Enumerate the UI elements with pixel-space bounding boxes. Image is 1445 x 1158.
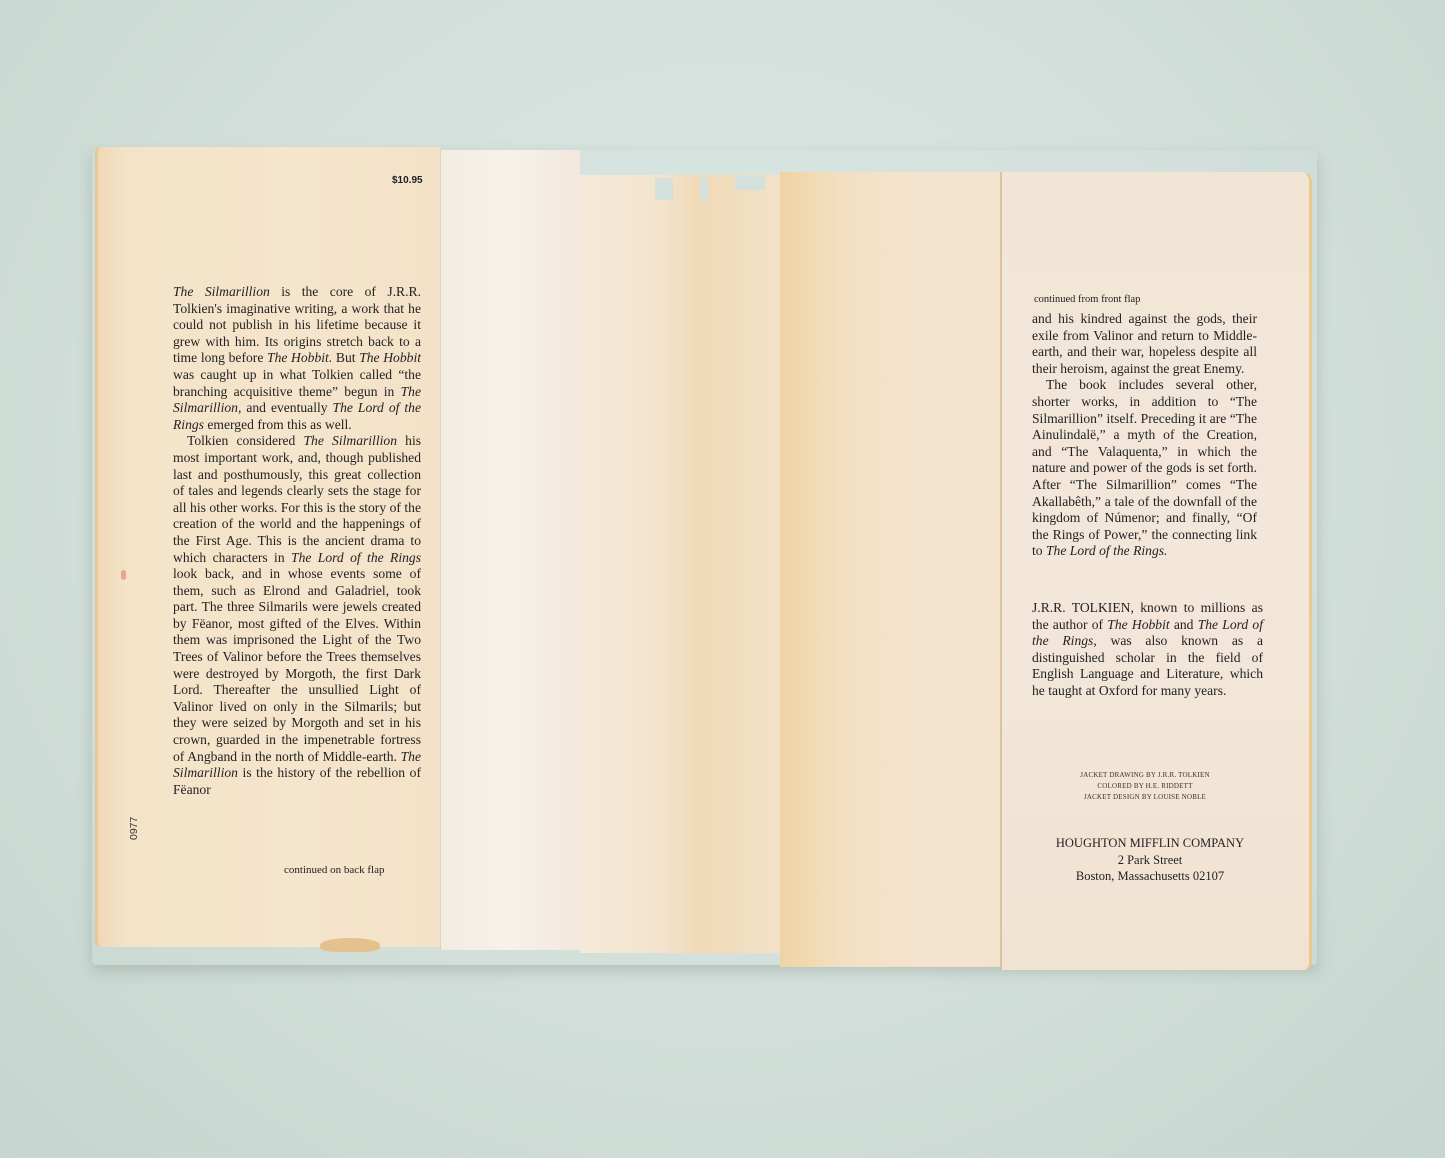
inner-panel-right [780,172,1000,967]
pink-mark [121,570,126,580]
front-flap-paragraph: The Silmarillion is the core of J.R.R. T… [173,284,421,433]
author-bio-text: J.R.R. TOLKIEN, known to millions as the… [1032,600,1263,700]
continued-on-back-flap-note: continued on back flap [284,864,385,876]
credit-line: COLORED BY H.E. RIDDETT [1045,781,1245,792]
continued-from-front-flap-note: continued from front flap [1034,294,1140,305]
front-flap-body: The Silmarillion is the core of J.R.R. T… [173,284,421,798]
catalog-code: 0977 [128,817,140,840]
back-flap-paragraph: The book includes several other, shorter… [1032,377,1257,560]
publisher-name: HOUGHTON MIFFLIN COMPANY [1030,835,1270,852]
credit-line: JACKET DRAWING BY J.R.R. TOLKIEN [1045,770,1245,781]
publisher-block: HOUGHTON MIFFLIN COMPANY 2 Park Street B… [1030,835,1270,885]
water-stain [320,938,380,952]
back-flap-body: and his kindred against the gods, their … [1032,311,1257,560]
dust-jacket: $10.95 The Silmarillion is the core of J… [0,0,1445,1158]
author-bio: J.R.R. TOLKIEN, known to millions as the… [1032,600,1263,700]
publisher-street: 2 Park Street [1030,852,1270,869]
inner-panel-left [440,150,580,950]
front-flap-paragraph: Tolkien considered The Silmarillion his … [173,433,421,798]
jacket-credits: JACKET DRAWING BY J.R.R. TOLKIEN COLORED… [1045,770,1245,803]
torn-edge [655,178,673,200]
credit-line: JACKET DESIGN BY LOUISE NOBLE [1045,792,1245,803]
inner-spine-panel [580,175,780,953]
publisher-city: Boston, Massachusetts 02107 [1030,868,1270,885]
torn-edge [735,176,765,190]
back-flap-paragraph: and his kindred against the gods, their … [1032,311,1257,377]
price-label: $10.95 [392,175,423,186]
torn-edge [700,178,708,200]
